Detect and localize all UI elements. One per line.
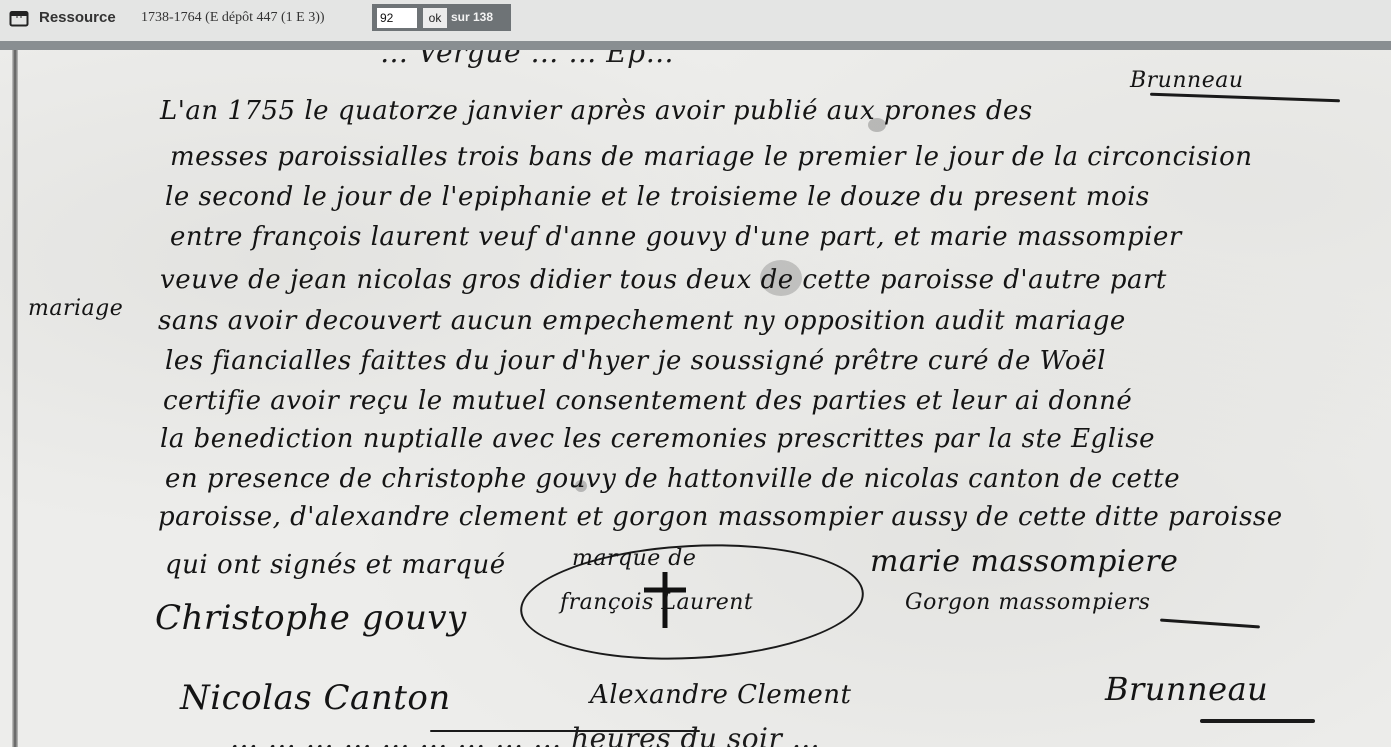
- top-cutoff-text: … Vergue … … Ep…: [380, 50, 674, 69]
- signature-underline: [1160, 619, 1260, 629]
- signature-christophe-gouvy: Christophe gouvy: [155, 598, 467, 638]
- text-line: veuve de jean nicolas gros didier tous d…: [160, 265, 1167, 295]
- margin-note: mariage: [28, 296, 123, 321]
- document-image-viewer[interactable]: … Vergue … … Ep… Brunneau mariage L'an 1…: [0, 50, 1391, 747]
- resource-header: Ressource 1738-1764 (E dépôt 447 (1 E 3)…: [0, 0, 1391, 41]
- signature-nicolas-canton: Nicolas Canton: [180, 678, 451, 718]
- page-total-label: sur 138: [451, 10, 493, 24]
- text-line: la benediction nuptialle avec les ceremo…: [160, 424, 1155, 454]
- signature-marie-massompiere: marie massompiere: [870, 544, 1178, 579]
- signature-francois-laurent: françois Laurent: [560, 590, 753, 615]
- signature-gorgon-massompiers: Gorgon massompiers: [905, 590, 1150, 615]
- box-archive-icon: [9, 9, 29, 27]
- corner-signature: Brunneau: [1130, 68, 1244, 93]
- text-line: sans avoir decouvert aucun empechement n…: [158, 306, 1126, 336]
- signature-cure-brunneau: Brunneau: [1105, 670, 1268, 708]
- mark-label: marque de: [572, 546, 696, 571]
- signature-underline: [1200, 719, 1315, 723]
- text-line: messes paroissialles trois bans de maria…: [170, 142, 1253, 172]
- go-to-page-button[interactable]: ok: [423, 8, 447, 28]
- resource-title: Ressource: [39, 9, 116, 26]
- resource-description: 1738-1764 (E dépôt 447 (1 E 3)): [141, 10, 325, 26]
- text-line: en presence de christophe gouvy de hatto…: [165, 464, 1180, 494]
- text-line: certifie avoir reçu le mutuel consenteme…: [163, 386, 1132, 416]
- page-fold-shadow: [12, 50, 18, 747]
- text-line: entre françois laurent veuf d'anne gouvy…: [170, 222, 1182, 252]
- text-line: les fiancialles faittes du jour d'hyer j…: [165, 346, 1106, 376]
- bottom-cutoff-text: … … … … … … … … … heures du soir …: [230, 722, 820, 747]
- text-line: L'an 1755 le quatorze janvier après avoi…: [160, 96, 1033, 126]
- page-number-input[interactable]: [377, 8, 417, 28]
- page-navigator: ok sur 138: [372, 4, 511, 31]
- text-line: paroisse, d'alexandre clement et gorgon …: [158, 502, 1283, 532]
- header-divider: [0, 41, 1391, 50]
- text-line: le second le jour de l'epiphanie et le t…: [165, 182, 1150, 212]
- text-line: qui ont signés et marqué: [165, 550, 506, 580]
- signature-alexandre-clement: Alexandre Clement: [590, 680, 851, 710]
- signature-underline: [1150, 93, 1340, 103]
